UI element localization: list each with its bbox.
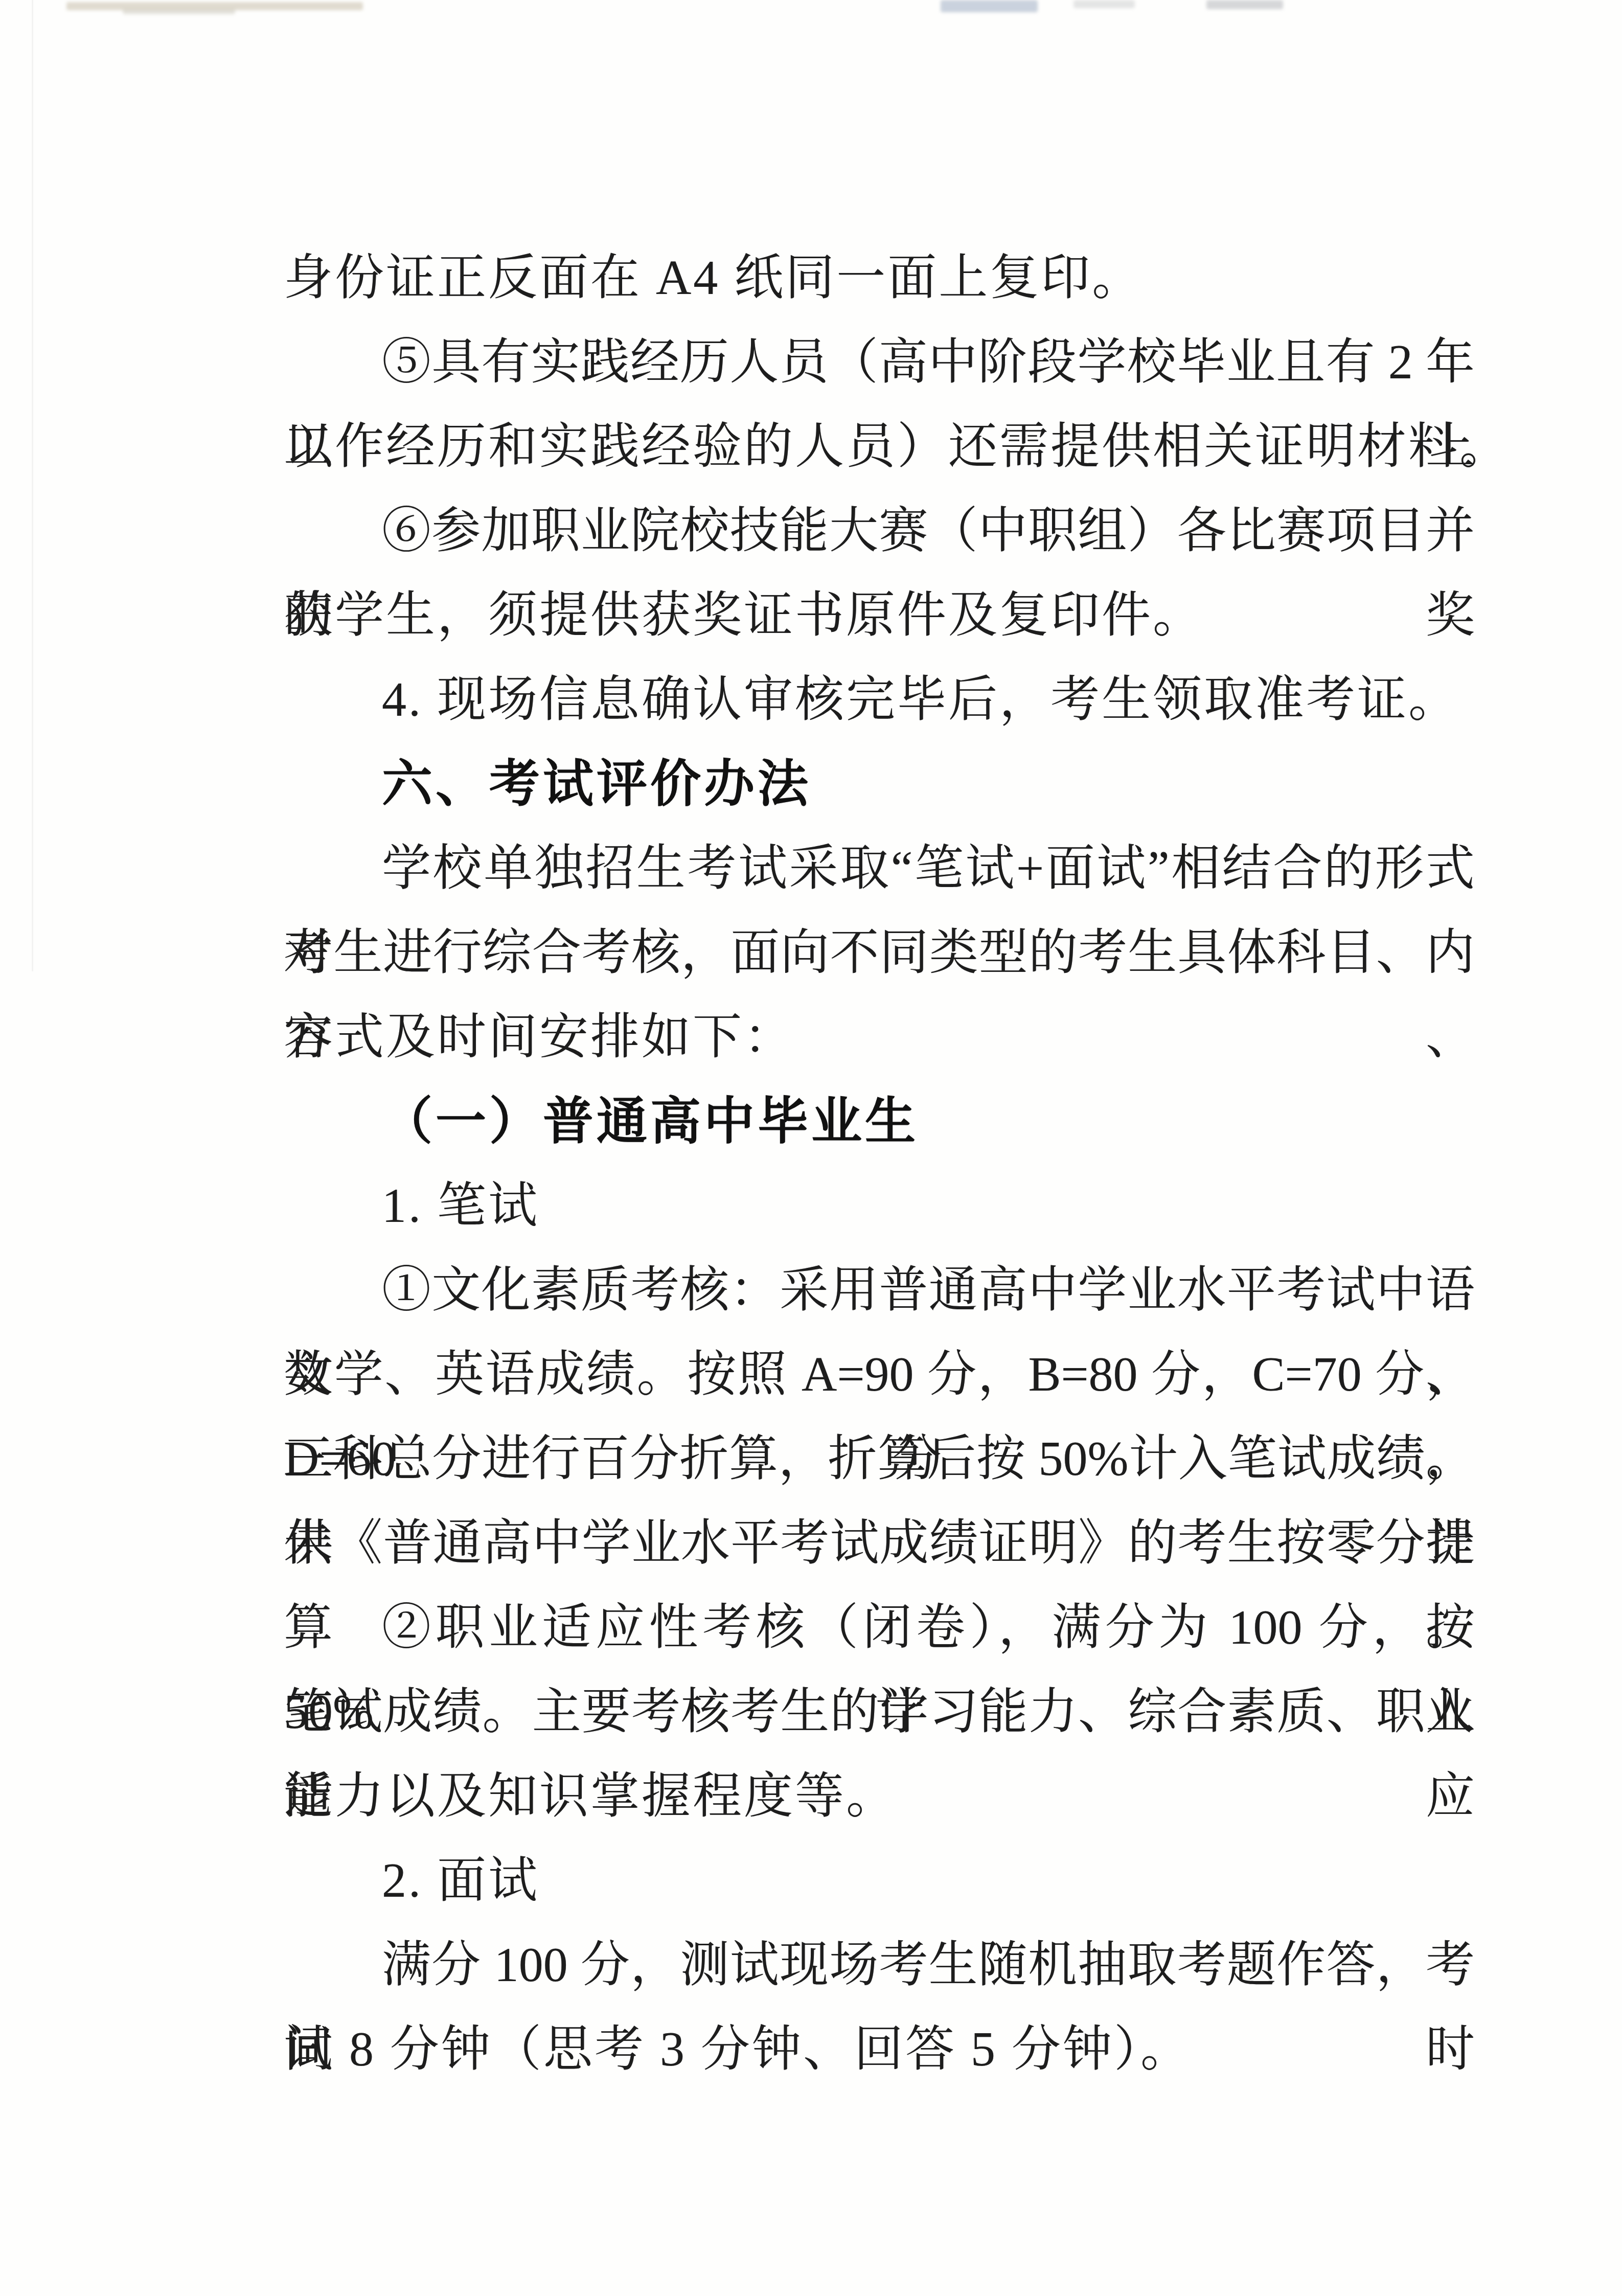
text-line: 4. 现场信息确认审核完毕后，考生领取准考证。 [284,657,1475,741]
document-page: 身份证正反面在 A4 纸同一面上复印。⑤具有实践经历人员（高中阶段学校毕业且有 … [0,0,1622,2296]
text-line: ②职业适应性考核（闭卷），满分为 100 分，按 50%计入 [284,1585,1475,1669]
subsection-heading: （一）普通高中毕业生 [284,1079,1475,1163]
text-line: 工作经历和实践经验的人员）还需提供相关证明材料。 [284,404,1475,488]
text-line: 学校单独招生考试采取“笔试+面试”相结合的形式对 [284,826,1475,910]
text-line: ①文化素质考核：采用普通高中学业水平考试中语文、 [284,1247,1475,1332]
text-line: ⑥参加职业院校技能大赛（中职组）各比赛项目并获奖 [284,488,1475,573]
section-heading: 六、考试评价办法 [284,741,1475,826]
text-line: 方式及时间安排如下： [284,994,1475,1079]
text-line: 的学生，须提供获奖证书原件及复印件。 [284,573,1475,657]
text-line: 间 8 分钟（思考 3 分钟、回答 5 分钟）。 [284,2007,1475,2091]
text-line: 身份证正反面在 A4 纸同一面上复印。 [284,235,1475,320]
text-line: 考生进行综合考核，面向不同类型的考生具体科目、内容、 [284,910,1475,994]
text-line: 数学、英语成绩。按照 A=90 分，B=80 分，C=70 分，D=60 分， [284,1332,1475,1416]
text-line: 三科总分进行百分折算，折算后按 50%计入笔试成绩。未提 [284,1416,1475,1501]
text-line: 满分 100 分，测试现场考生随机抽取考题作答，考试时 [284,1922,1475,2007]
text-line: 2. 面试 [284,1838,1475,1922]
text-line: 供《普通高中学业水平考试成绩证明》的考生按零分计算。 [284,1501,1475,1585]
document-text-block: 身份证正反面在 A4 纸同一面上复印。⑤具有实践经历人员（高中阶段学校毕业且有 … [0,0,1622,2296]
text-line: 1. 笔试 [284,1163,1475,1247]
text-line: ⑤具有实践经历人员（高中阶段学校毕业且有 2 年以上 [284,320,1475,404]
text-line: 能力以及知识掌握程度等。 [284,1754,1475,1838]
text-line: 笔试成绩。主要考核考生的学习能力、综合素质、职业适应 [284,1669,1475,1754]
